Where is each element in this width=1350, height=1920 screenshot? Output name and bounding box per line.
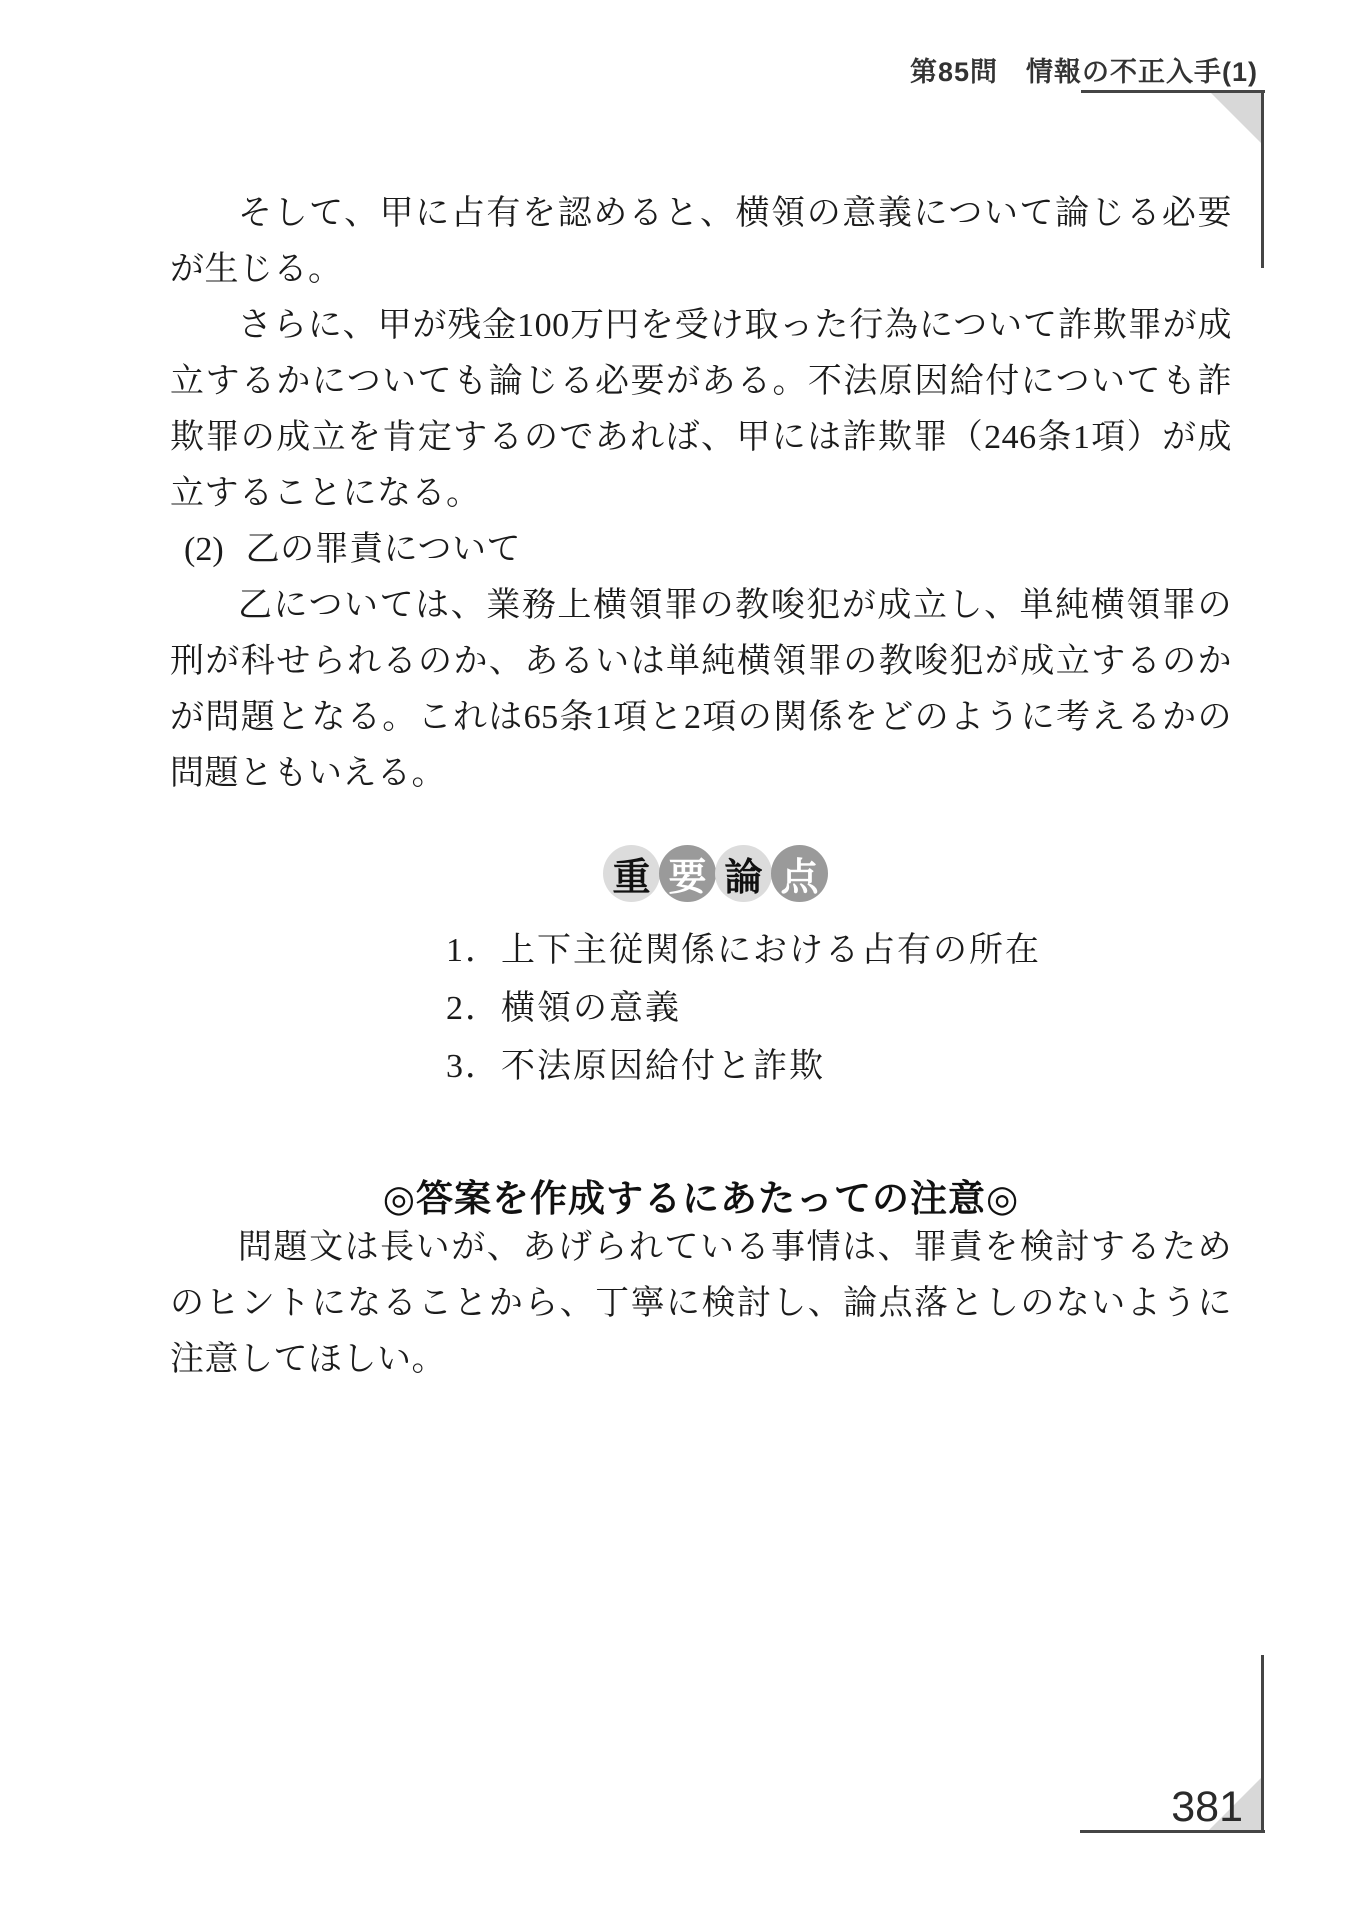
paragraph: 問題文は長いが、あげられている事情は、罪責を検討するためのヒントになることから、…	[170, 1220, 1232, 1388]
badge-char-circle: 要	[659, 845, 716, 902]
page-number: 381	[1100, 1783, 1255, 1832]
list-item: 1．上下主従関係における占有の所在	[446, 922, 1041, 980]
paragraph: そして、甲に占有を認めると、横領の意義について論じる必要が生じる。	[170, 186, 1232, 298]
badge-char-circle: 論	[715, 845, 772, 902]
main-text-block: そして、甲に占有を認めると、横領の意義について論じる必要が生じる。 さらに、甲が…	[170, 186, 1232, 802]
list-item: 3．不法原因給付と詐欺	[446, 1038, 1041, 1096]
key-points-list: 1．上下主従関係における占有の所在 2．横領の意義 3．不法原因給付と詐欺	[446, 922, 1041, 1096]
list-item: 2．横領の意義	[446, 980, 1041, 1038]
important-points-badge: 重 要 論 点	[603, 845, 827, 902]
paragraph: 乙については、業務上横領罪の教唆犯が成立し、単純横領罪の刑が科せられるのか、ある…	[170, 578, 1232, 802]
book-page: 第85問 情報の不正入手(1) そして、甲に占有を認めると、横領の意義について論…	[0, 0, 1350, 1920]
notice-text-block: 問題文は長いが、あげられている事情は、罪責を検討するためのヒントになることから、…	[170, 1220, 1232, 1388]
bottom-corner-vertical-rule	[1261, 1655, 1264, 1833]
sub-heading-number: (2)	[184, 531, 224, 568]
sub-heading-text: 乙の罪責について	[246, 531, 521, 568]
page-header-title: 第85問 情報の不正入手(1)	[0, 50, 1258, 89]
notice-section-heading: ◎答案を作成するにあたっての注意◎	[170, 1168, 1232, 1222]
page-fold-triangle-top	[1211, 93, 1261, 143]
badge-char-circle: 重	[603, 845, 660, 902]
top-corner-vertical-rule	[1261, 90, 1264, 268]
badge-char-circle: 点	[771, 845, 828, 902]
paragraph: さらに、甲が残金100万円を受け取った行為について詐欺罪が成立するかについても論…	[170, 298, 1232, 522]
sub-heading: (2)乙の罪責について	[170, 522, 1232, 578]
